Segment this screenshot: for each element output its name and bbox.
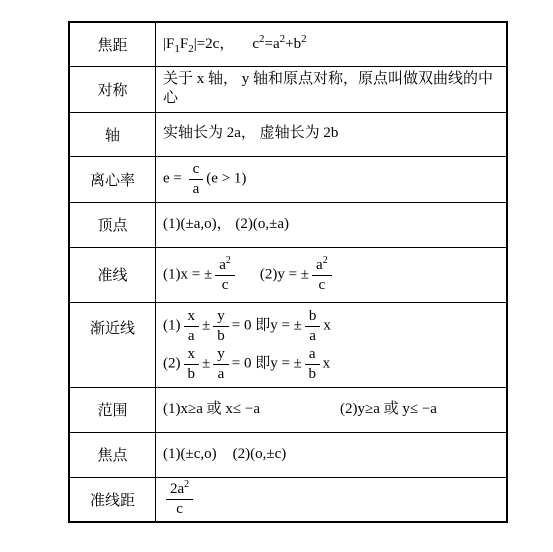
formula-text: (2)(o,±c)	[233, 446, 287, 462]
fraction-numerator: y	[213, 308, 229, 327]
fraction-numerator: a	[305, 346, 320, 365]
table-row: 准线距2a2c	[69, 477, 507, 522]
formula-line: 关于 x 轴， y 轴和原点对称，原点叫做双曲线的中心	[163, 69, 504, 110]
formula-text: |=2c，	[194, 36, 235, 52]
row-content: (1)(±c,o)(2)(o,±c)	[156, 432, 508, 477]
table-row: 范围(1)x≥a 或 x≤ −a(2)y≥a 或 y≤ −a	[69, 387, 507, 432]
fraction-denominator: a	[184, 327, 200, 344]
fraction: yb	[213, 308, 229, 344]
row-label: 渐近线	[69, 302, 156, 387]
formula-text: (2)y≥a 或 y≤ −a	[340, 401, 437, 417]
fraction: ya	[213, 346, 229, 382]
fraction-denominator: c	[215, 276, 235, 293]
formula-line: (1)x≥a 或 x≤ −a(2)y≥a 或 y≤ −a	[163, 399, 504, 421]
row-label: 轴	[69, 112, 156, 156]
row-label: 对称	[69, 66, 156, 112]
fraction: a2c	[215, 257, 235, 293]
row-content: |F1F2|=2c，c2=a2+b2	[156, 22, 508, 66]
fraction-numerator: 2a2	[166, 481, 193, 500]
formula-line: 2a2c	[163, 480, 504, 518]
formula-line: 实轴长为 2a， 虚轴长为 2b	[163, 123, 504, 145]
fraction: ba	[305, 308, 321, 344]
fraction-numerator-text: a	[219, 257, 226, 273]
fraction-denominator: b	[213, 327, 229, 344]
row-label: 准线	[69, 247, 156, 302]
table-row: 渐近线(1)xa±yb= 0 即y = ±bax(2)xb±ya= 0 即y =…	[69, 302, 507, 387]
table-row: 准线(1)x = ±a2c(2)y = ±a2c	[69, 247, 507, 302]
formula-text: = 0 即y = ±	[232, 355, 302, 371]
table-row: 顶点(1)(±a,o)， (2)(o,±a)	[69, 202, 507, 247]
formula-text: |F	[163, 36, 174, 52]
formula-text: +b	[285, 36, 301, 52]
formula-text: F	[180, 36, 188, 52]
formula-text: ±	[202, 317, 210, 333]
formula-text: (2)y = ±	[260, 266, 309, 282]
table-body: 焦距|F1F2|=2c，c2=a2+b2对称关于 x 轴， y 轴和原点对称，原…	[69, 22, 507, 522]
hyperbola-properties-table: 焦距|F1F2|=2c，c2=a2+b2对称关于 x 轴， y 轴和原点对称，原…	[68, 21, 508, 523]
fraction-denominator: a	[189, 180, 204, 197]
fraction-denominator: c	[312, 276, 332, 293]
row-label: 离心率	[69, 156, 156, 202]
fraction-numerator-text: c	[193, 161, 200, 177]
spacer	[234, 47, 252, 48]
formula-text: e =	[163, 170, 186, 186]
fraction-numerator-text: y	[217, 308, 225, 324]
fraction-numerator: b	[305, 308, 321, 327]
formula-text: ±	[202, 355, 210, 371]
formula-text: 关于 x 轴， y 轴和原点对称，原点叫做双曲线的中心	[163, 71, 493, 107]
spacer	[238, 277, 260, 278]
row-label: 范围	[69, 387, 156, 432]
row-label: 准线距	[69, 477, 156, 522]
spacer	[217, 457, 233, 458]
fraction-numerator-text: y	[217, 346, 225, 362]
fraction: ab	[305, 346, 320, 382]
fraction-numerator-superscript: 2	[184, 479, 189, 490]
row-label-text: 准线距	[90, 493, 135, 509]
row-content: e = ca(e > 1)	[156, 156, 508, 202]
fraction-numerator-text: 2a	[170, 481, 184, 497]
fraction: xb	[184, 346, 200, 382]
superscript: 2	[301, 33, 307, 45]
row-label: 顶点	[69, 202, 156, 247]
row-label-text: 顶点	[97, 218, 127, 234]
formula-text: (1)(±c,o)	[163, 446, 217, 462]
row-label-text: 焦点	[97, 448, 127, 464]
row-label: 焦点	[69, 432, 156, 477]
row-content: (1)x≥a 或 x≤ −a(2)y≥a 或 y≤ −a	[156, 387, 508, 432]
fraction-denominator: a	[213, 365, 229, 382]
fraction-denominator: a	[305, 327, 321, 344]
formula-text: c	[252, 36, 259, 52]
table-row: 轴实轴长为 2a， 虚轴长为 2b	[69, 112, 507, 156]
fraction-numerator: c	[189, 161, 204, 180]
row-content: (1)xa±yb= 0 即y = ±bax(2)xb±ya= 0 即y = ±a…	[156, 302, 508, 387]
fraction-numerator: a2	[312, 257, 332, 276]
row-label-text: 渐近线	[90, 321, 135, 337]
table-row: 焦距|F1F2|=2c，c2=a2+b2	[69, 22, 507, 66]
row-content: 2a2c	[156, 477, 508, 522]
fraction: ca	[189, 161, 204, 197]
fraction-numerator: a2	[215, 257, 235, 276]
formula-text: = 0 即y = ±	[232, 317, 302, 333]
formula-text: (e > 1)	[206, 170, 246, 186]
row-label-text: 离心率	[90, 173, 135, 189]
formula-line: (2)xb±ya= 0 即y = ±abx	[163, 345, 504, 383]
row-content: 实轴长为 2a， 虚轴长为 2b	[156, 112, 508, 156]
formula-text: x	[323, 317, 331, 333]
row-label-text: 焦距	[97, 38, 127, 54]
fraction-numerator-text: x	[188, 308, 196, 324]
formula-text: (1)(±a,o)， (2)(o,±a)	[163, 216, 289, 232]
row-label-text: 轴	[105, 128, 120, 144]
formula-line: (1)xa±yb= 0 即y = ±bax	[163, 307, 504, 345]
formula-line: (1)(±a,o)， (2)(o,±a)	[163, 214, 504, 236]
fraction: xa	[184, 308, 200, 344]
fraction-numerator-text: a	[316, 257, 323, 273]
fraction-numerator: x	[184, 346, 200, 365]
row-content: (1)x = ±a2c(2)y = ±a2c	[156, 247, 508, 302]
formula-text: (1)x≥a 或 x≤ −a	[163, 401, 260, 417]
table-row: 焦点(1)(±c,o)(2)(o,±c)	[69, 432, 507, 477]
fraction-numerator-superscript: 2	[323, 255, 328, 266]
fraction-denominator: b	[184, 365, 200, 382]
fraction-numerator-text: b	[309, 308, 317, 324]
spacer	[260, 412, 340, 413]
formula-line: (1)(±c,o)(2)(o,±c)	[163, 444, 504, 466]
fraction-denominator: c	[166, 500, 193, 517]
fraction-numerator-text: x	[188, 346, 196, 362]
row-label-text: 范围	[97, 403, 127, 419]
formula-text: =a	[265, 36, 280, 52]
row-label: 焦距	[69, 22, 156, 66]
row-label-text: 对称	[97, 83, 127, 99]
fraction-numerator: x	[184, 308, 200, 327]
row-content: 关于 x 轴， y 轴和原点对称，原点叫做双曲线的中心	[156, 66, 508, 112]
formula-text: (1)x = ±	[163, 266, 212, 282]
fraction-numerator: y	[213, 346, 229, 365]
formula-text: (1)	[163, 317, 181, 333]
fraction-numerator-text: a	[309, 346, 316, 362]
formula-line: (1)x = ±a2c(2)y = ±a2c	[163, 256, 504, 294]
fraction-numerator-superscript: 2	[226, 255, 231, 266]
table-row: 离心率e = ca(e > 1)	[69, 156, 507, 202]
formula-line: e = ca(e > 1)	[163, 160, 504, 198]
formula-text: (2)	[163, 355, 181, 371]
row-label-text: 准线	[97, 268, 127, 284]
fraction-denominator: b	[305, 365, 320, 382]
row-content: (1)(±a,o)， (2)(o,±a)	[156, 202, 508, 247]
fraction: 2a2c	[166, 481, 193, 517]
formula-text: x	[323, 355, 331, 371]
formula-line: |F1F2|=2c，c2=a2+b2	[163, 34, 504, 56]
formula-text: 实轴长为 2a， 虚轴长为 2b	[163, 125, 338, 141]
fraction: a2c	[312, 257, 332, 293]
table-row: 对称关于 x 轴， y 轴和原点对称，原点叫做双曲线的中心	[69, 66, 507, 112]
